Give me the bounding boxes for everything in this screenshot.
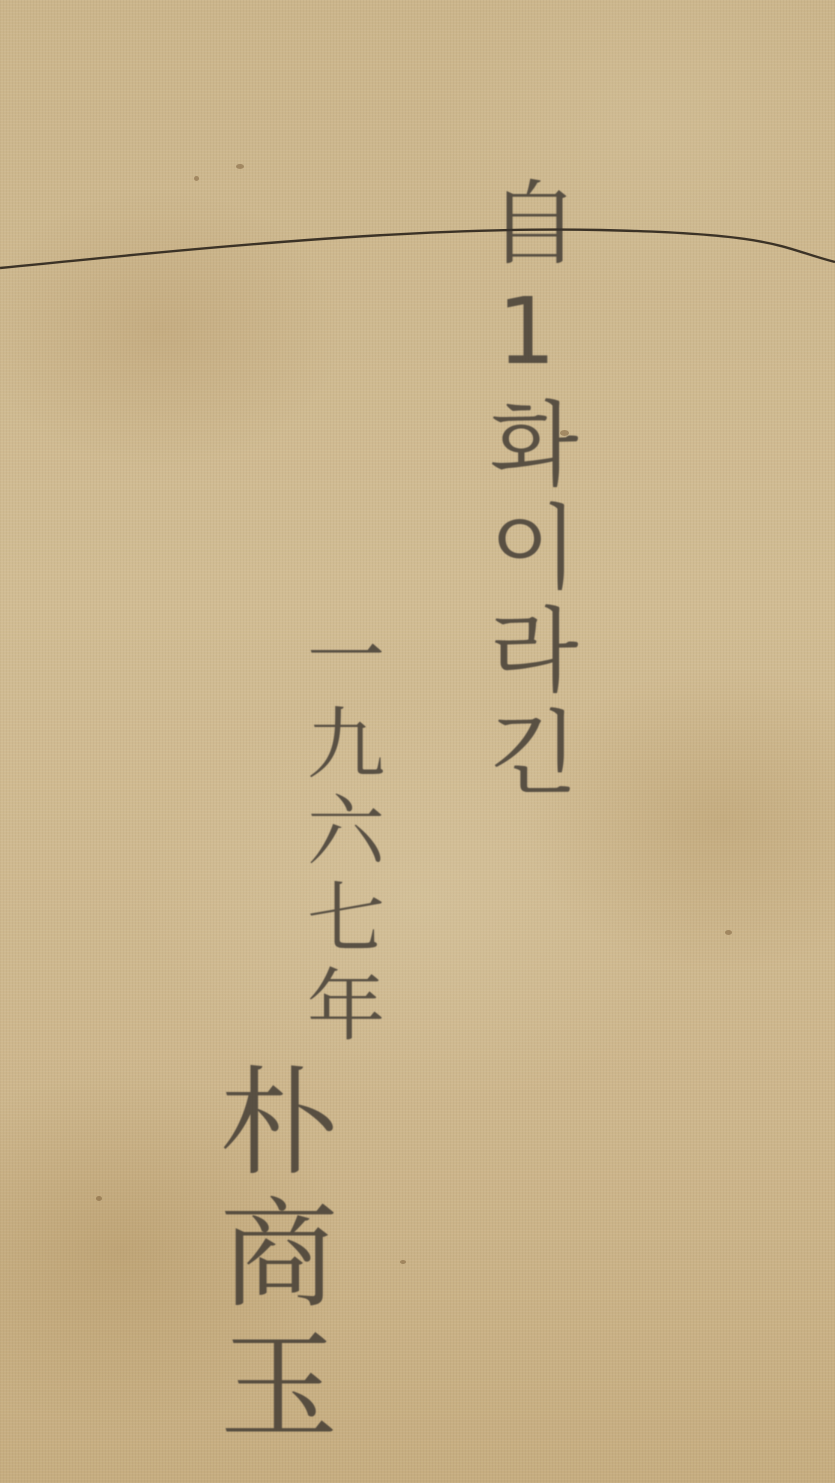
inscription-title: 自1화이라긴 xyxy=(480,175,572,808)
hanging-wire xyxy=(0,0,835,1483)
inscription-year: 一九六七年 xyxy=(300,615,378,1052)
inscription-signature: 朴商玉 xyxy=(210,1060,328,1456)
